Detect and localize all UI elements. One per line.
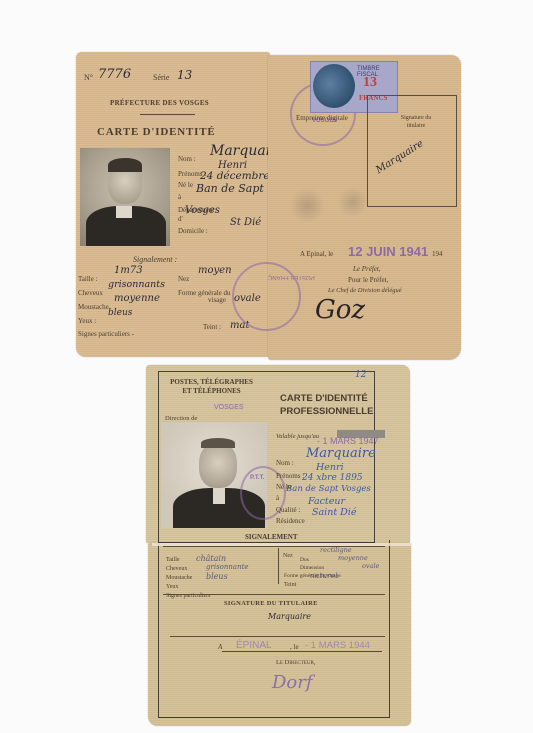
fingerprint-smudge — [338, 186, 368, 218]
printed-year: 194 — [432, 250, 443, 258]
corner-mark: 12 — [355, 370, 366, 380]
issue-date-stamp: - 1 MARS 1944 — [305, 640, 370, 651]
fingerprint-smudge — [290, 188, 325, 223]
label-signes: Signes particuliers - — [78, 330, 134, 338]
signalement-left: Taille :1m73 Cheveuxgrisonnants Moustach… — [78, 268, 188, 335]
prefecture-name: PRÉFECTURE DES VOSGES — [110, 99, 209, 107]
valid-date-stamp: - 1 MARS 1947 — [317, 436, 379, 446]
label-teint: Teint : — [203, 323, 221, 331]
issue-date-stamp: 12 JUIN 1941 — [348, 244, 428, 259]
field-value-nom: Marquaire — [306, 446, 376, 461]
date-underline — [222, 651, 382, 652]
field-value-birthdate: 24 xbre 1895 — [302, 473, 363, 483]
divider — [170, 636, 385, 637]
holder-photo — [80, 148, 170, 246]
divider — [140, 114, 195, 115]
value-taille: 1m73 — [114, 265, 143, 276]
card2-title: CARTE D'IDENTITÉ PROFESSIONNELLE — [280, 392, 373, 418]
label-teint: Teint — [284, 582, 296, 588]
serie-number: 13 — [177, 68, 192, 82]
value-dimension: moyenne — [338, 554, 368, 562]
director-label: Le Directeur, — [276, 659, 315, 666]
field-label-nom: Nom : — [178, 155, 196, 163]
signature-box-label: Signature du titulaire — [396, 114, 436, 130]
value-dos: rectiligne — [320, 546, 352, 554]
value-yeux: bleus — [206, 572, 228, 581]
direction-label: Direction de — [165, 415, 197, 422]
org-name: POSTES, TÉLÉGRAPHES ET TÉLÉPHONES — [164, 378, 259, 396]
place-stamp: ÉPINAL — [236, 640, 272, 651]
field-value-domicile: St Dié — [230, 217, 261, 228]
card-title: CARTE D'IDENTITÉ — [97, 126, 215, 138]
titulaire-label: SIGNATURE DU TITULAIRE — [224, 600, 318, 607]
pour-prefet-label: Pour le Préfet, — [348, 276, 388, 284]
fiscal-stamp-value: 13 — [363, 75, 377, 91]
card-number: 7776 — [98, 67, 131, 82]
org-line-1: POSTES, TÉLÉGRAPHES — [164, 378, 259, 387]
place-prefix: A Epinal, le — [300, 250, 333, 258]
holder-signature-professional: Marquaire — [268, 612, 311, 621]
marianne-medallion-icon — [313, 64, 355, 108]
frame-bottom — [158, 717, 390, 718]
field-label-residence: Résidence — [276, 517, 305, 525]
value-moustache: grisonnante — [206, 563, 249, 571]
identity-fields: Nom :Marquaire Prénoms :Henri Né le24 dé… — [178, 148, 273, 232]
professional-signalement-right-2: Forme générale du visageovale Teintnatur… — [284, 564, 389, 582]
frame-right — [389, 540, 390, 717]
field-label-domicile: Domicile : — [178, 227, 208, 235]
director-signature: Dorf — [272, 672, 313, 693]
date-prefix: , le — [290, 643, 299, 651]
frame-left — [158, 540, 159, 717]
value-cheveux: châtain — [196, 554, 226, 563]
field-value-prenoms: Henri — [316, 462, 344, 473]
direction-stamp: VOSGES — [214, 404, 244, 411]
label-visage: visage — [208, 296, 226, 304]
label-nez: Nez — [283, 553, 293, 559]
signalement-divider — [278, 548, 279, 584]
value-teint: naturel — [310, 571, 338, 580]
value-cheveux: grisonnants — [108, 279, 165, 290]
official-signature: Goz — [315, 295, 365, 325]
card-number-label: N° — [84, 73, 93, 82]
serie-label: Série — [153, 73, 169, 82]
field-value-departement: Vosges — [185, 205, 220, 216]
field-value-qualite: Facteur — [308, 496, 345, 507]
photo-stamp-text: P.T.T. — [250, 475, 264, 481]
signalement-title: SIGNALEMENT — [245, 533, 298, 541]
fingerprint-label: Empreinte digitale — [296, 114, 348, 122]
card2-title-line2: PROFESSIONNELLE — [280, 405, 373, 418]
field-value-birthplace: Ban de Sapt — [196, 182, 264, 195]
value-nez: moyen — [198, 265, 232, 276]
value-moustache: moyenne — [114, 293, 160, 304]
seal-stamp — [232, 262, 301, 331]
value-visage: ovale — [362, 562, 379, 570]
card2-title-line1: CARTE D'IDENTITÉ — [280, 392, 373, 405]
field-value-birthplace: Ban de Sapt Vosges — [286, 484, 371, 494]
signalement-title: Signalement : — [133, 255, 177, 264]
chef-division-label: Le Chef de Division délégué — [328, 287, 402, 294]
prefet-label: Le Préfet, — [353, 265, 381, 273]
value-yeux: bleus — [108, 308, 132, 318]
professional-signalement-left: Taille Cheveuxchâtain Moustachegrisonnan… — [166, 548, 276, 593]
professional-fields: Nom :Marquaire Prénoms :Henri Né le24 xb… — [276, 452, 406, 521]
org-line-2: ET TÉLÉPHONES — [164, 387, 259, 396]
place-prefix: A — [218, 643, 222, 651]
divider — [163, 594, 385, 595]
seal-stamp-text: POSTES FRANÇ — [268, 274, 315, 280]
field-value-residence: Saint Dié — [312, 507, 356, 518]
valid-label: Valable jusqu'au — [276, 433, 319, 440]
